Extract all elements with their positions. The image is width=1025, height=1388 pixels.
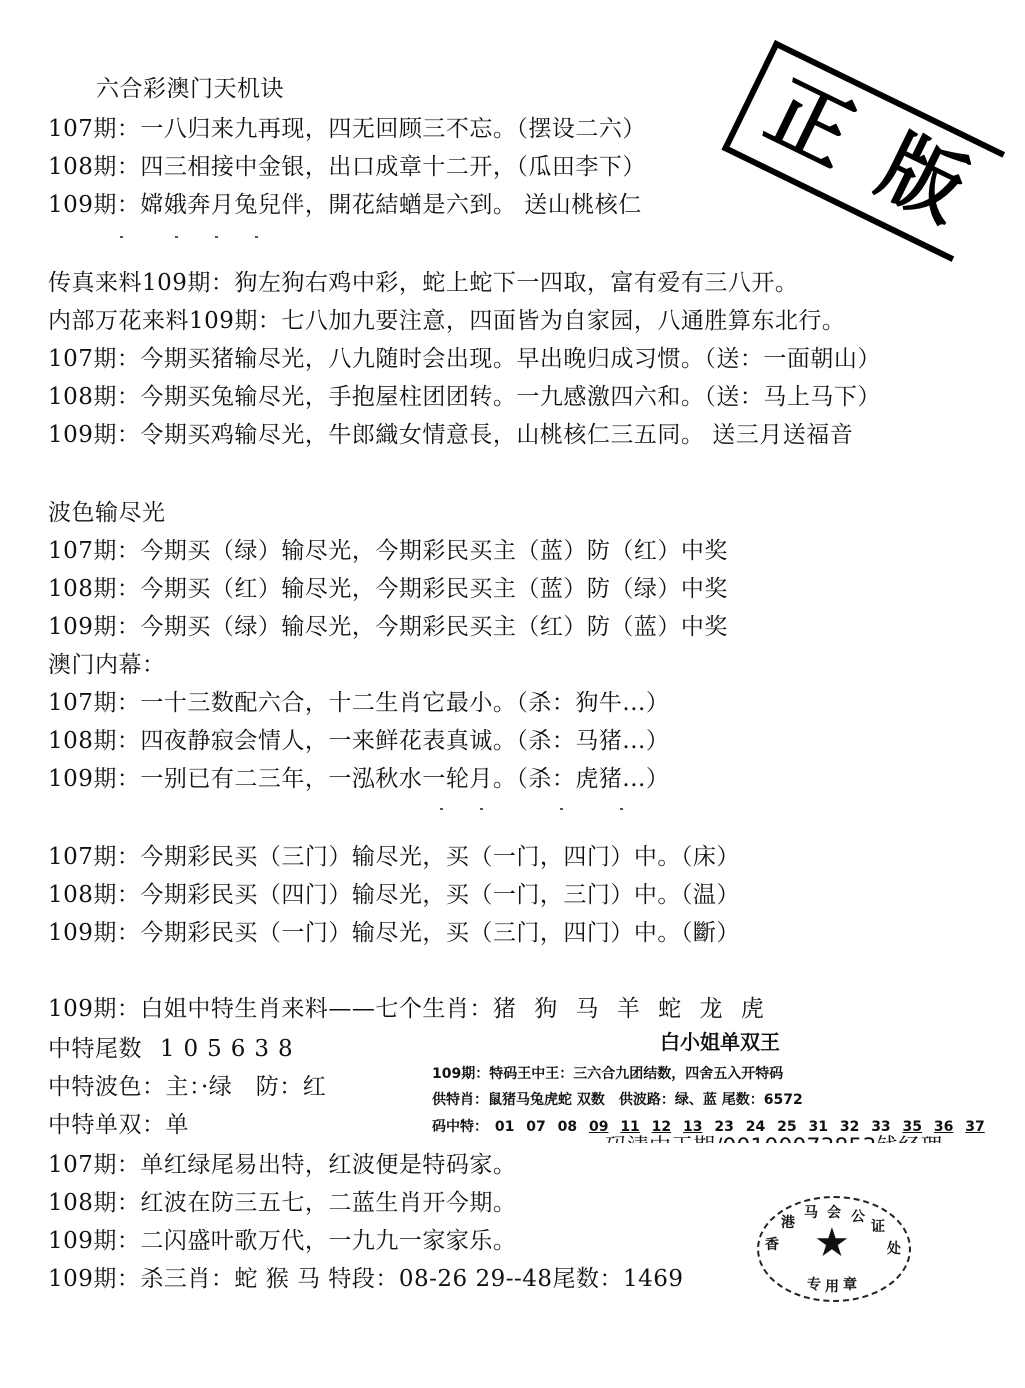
number: 37	[965, 1119, 984, 1135]
s6-tail-digits: 105638	[160, 1036, 302, 1062]
s4-line-108: 108期：四夜静寂会情人，一来鲜花表真诚。（杀：马猪...）	[48, 726, 669, 756]
s2-line-109: 109期：令期买鸡输尽光，牛郎織女情意長，山桃核仁三五同。 送三月送福音	[48, 420, 853, 450]
s3-line-107: 107期：今期买（绿）输尽光，今期彩民买主（蓝）防（红）中奖	[48, 536, 788, 566]
s6-kill-line: 109期：杀三肖：蛇 猴 马 特段：08-26 29--48尾数：1469	[48, 1264, 684, 1294]
s5-line-109: 109期：今期彩民买（一门）输尽光，买（三门，四门）中。（斷）	[48, 918, 740, 948]
s2-line-108: 108期：今期买兔输尽光，手抱屋柱团团转。一九感激四六和。（送：马上马下）	[48, 382, 881, 412]
s6-tail-label: 中特尾数	[48, 1036, 142, 1062]
number: 33	[871, 1119, 890, 1135]
number: 08	[558, 1119, 577, 1135]
s6-line-108: 108期：红波在防三五七，二蓝生肖开今期。	[48, 1188, 516, 1218]
seal-char: 公	[851, 1206, 865, 1226]
page-title: 六合彩澳门天机诀	[96, 74, 284, 104]
number: 35	[903, 1119, 922, 1135]
seal-char: 马	[804, 1202, 818, 1222]
scan-speck	[215, 236, 218, 238]
s6-tail-row: 中特尾数 105638	[48, 1034, 302, 1064]
s4-line-109: 109期：一别已有二三年，一泓秋水一轮月。（杀：虎猪...）	[48, 764, 669, 794]
number: 11	[620, 1119, 639, 1135]
s3-line-109: 109期：今期买（绿）输尽光，今期彩民买主（红）防（蓝）中奖	[48, 612, 788, 642]
scan-speck	[440, 808, 443, 810]
right-box-title: 白小姐单双王	[660, 1026, 780, 1055]
seal-bottom-char: 专	[807, 1274, 821, 1294]
number: 32	[840, 1119, 859, 1135]
seal-bottom-char: 章	[843, 1274, 857, 1294]
scan-speck	[175, 236, 178, 238]
number: 31	[808, 1119, 827, 1135]
number: 12	[652, 1119, 671, 1135]
seal-char: 香	[765, 1234, 779, 1254]
number: 36	[934, 1119, 953, 1135]
scan-speck	[560, 808, 563, 810]
scan-speck	[480, 808, 483, 810]
s5-line-108: 108期：今期彩民买（四门）输尽光，买（一门，三门）中。（温）	[48, 880, 740, 910]
s5-line-107: 107期：今期彩民买（三门）输尽光，买（一门，四门）中。（床）	[48, 842, 740, 872]
s1-line-108: 108期：四三相接中金银，出口成章十二开，（瓜田李下）	[48, 152, 646, 182]
s3-heading: 波色输尽光	[48, 498, 166, 528]
scan-speck	[255, 236, 258, 238]
s4-heading: 澳门内幕：	[48, 650, 166, 680]
numbers-label: 码中特：	[432, 1119, 488, 1135]
number: 07	[526, 1119, 545, 1135]
number: 09	[589, 1119, 608, 1135]
s6-odd-even-line: 中特单双：单	[48, 1110, 189, 1140]
number: 13	[683, 1119, 702, 1135]
number: 25	[777, 1119, 796, 1135]
number: 01	[495, 1119, 514, 1135]
s2-internal-line: 内部万花来料109期：七八加九要注意，四面皆为自家园，八通胜算东北行。	[48, 306, 845, 336]
seal-char: 处	[887, 1238, 901, 1258]
s4-line-107: 107期：一十三数配六合，十二生肖它最小。（杀：狗牛...）	[48, 688, 669, 718]
scan-speck	[120, 236, 123, 238]
s6-line-107: 107期：单红绿尾易出特，红波便是特码家。	[48, 1150, 516, 1180]
official-seal: 香 港 马 会 公 证 处 ★ 专 用 章	[757, 1196, 911, 1302]
seal-char: 港	[781, 1212, 795, 1232]
s1-line-107: 107期：一八归来九再现，四无回顾三不忘。（摆设二六）	[48, 114, 646, 144]
seal-char: 证	[871, 1216, 885, 1236]
s1-line-109: 109期：嫦娥奔月兔兒伴，開花結蝤是六到。 送山桃核仁	[48, 190, 642, 220]
s2-line-107: 107期：今期买猪输尽光，八九随时会出现。早出晚归成习惯。（送：一面朝山）	[48, 344, 881, 374]
cutoff-text-strip: 码清中玉期/00100073853钱经理	[605, 1134, 990, 1143]
s2-fax-line: 传真来料109期：狗左狗右鸡中彩，蛇上蛇下一四取，富有爱有三八开。	[48, 268, 798, 298]
right-box-line-2: 供特肖：鼠猪马兔虎蛇 双数 供波路：绿、蓝 尾数：6572	[432, 1090, 803, 1110]
seal-char: 会	[827, 1202, 841, 1222]
seal-bottom-char: 用	[825, 1276, 839, 1296]
authentic-edition-stamp: 正 版	[722, 40, 1006, 262]
s6-zodiac-line: 109期：白姐中特生肖来料——七个生肖：猪 狗 马 羊 蛇 龙 虎	[48, 994, 764, 1024]
scan-speck	[620, 808, 623, 810]
star-icon: ★	[814, 1223, 850, 1263]
stamp-char-2: 版	[867, 125, 977, 235]
s6-line-109: 109期：二闪盛叶歌万代，一九九一家家乐。	[48, 1226, 516, 1256]
stamp-char-1: 正	[755, 70, 865, 180]
cutoff-text: 码清中玉期/00100073853钱经理	[605, 1135, 942, 1143]
number: 24	[746, 1119, 765, 1135]
number: 23	[714, 1119, 733, 1135]
s3-line-108: 108期：今期买（红）输尽光，今期彩民买主（蓝）防（绿）中奖	[48, 574, 788, 604]
right-box-line-1: 109期：特码王中王：三六合九团结数，四舍五入开特码	[432, 1064, 783, 1084]
s6-wave-line: 中特波色：主：·绿 防：红	[48, 1072, 326, 1102]
